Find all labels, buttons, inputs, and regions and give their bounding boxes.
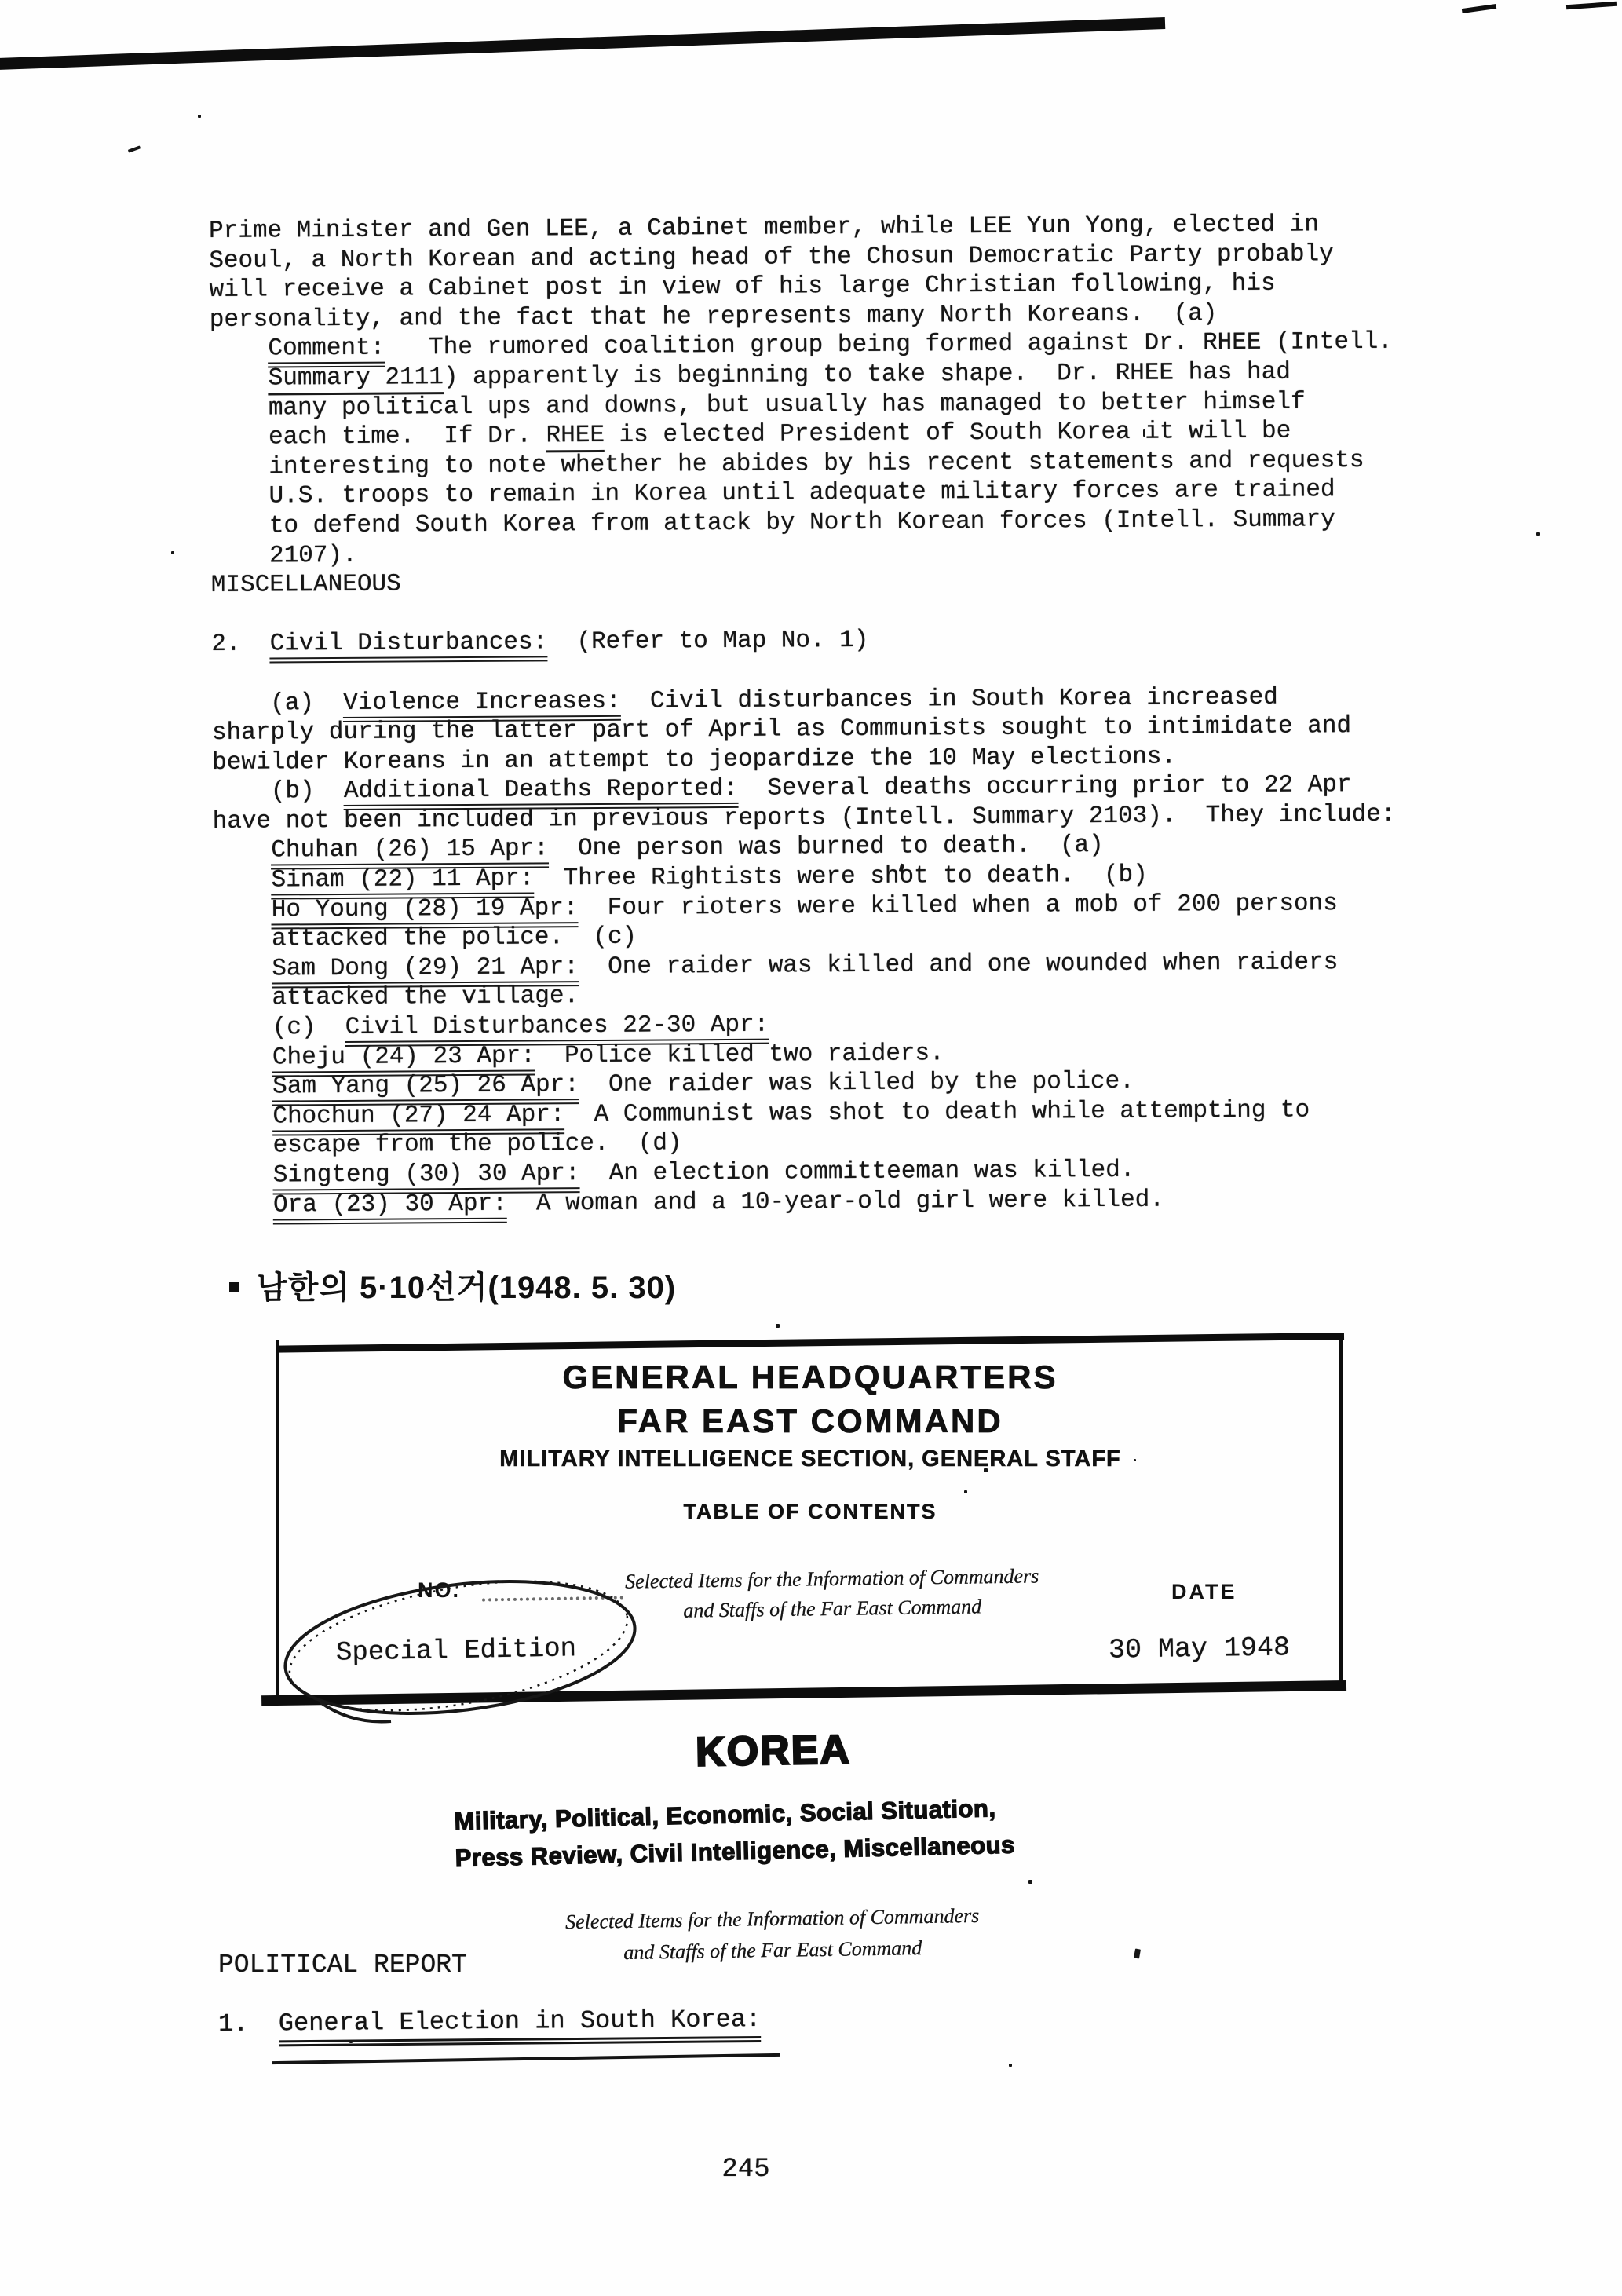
item-1-underline-stroke xyxy=(272,2053,780,2064)
date-label: DATE xyxy=(1171,1580,1237,1604)
text: One raider was killed by the police. xyxy=(579,1068,1134,1099)
text xyxy=(213,837,272,865)
text xyxy=(213,867,272,894)
scan-speck xyxy=(964,1490,967,1493)
item-1-number: 1. xyxy=(218,2009,279,2038)
header-box-border-top xyxy=(276,1333,1344,1353)
date-value: 30 May 1948 xyxy=(1109,1632,1291,1665)
typewriter-block: Prime Minister and Gen LEE, a Cabinet me… xyxy=(209,209,1440,1220)
scan-speck xyxy=(128,145,141,152)
table-of-contents-heading: TABLE OF CONTENTS xyxy=(276,1500,1344,1524)
scan-top-dash xyxy=(1462,4,1496,13)
scan-speck xyxy=(171,551,174,554)
text: sharply during the latter part of April … xyxy=(212,712,1351,747)
text: each time. If Dr. xyxy=(210,422,546,452)
item-1-heading: 1. General Election in South Korea: xyxy=(218,2005,762,2038)
masthead-line1: GENERAL HEADQUARTERS xyxy=(276,1358,1344,1396)
scan-speck xyxy=(1028,1880,1032,1884)
text: ) apparently is beginning to take shape.… xyxy=(444,359,1291,392)
scan-top-corner-dash xyxy=(1566,2,1617,9)
underlined-text: Ora (23) 30 Apr: xyxy=(273,1190,507,1224)
scan-speck xyxy=(776,1324,780,1328)
scan-speck xyxy=(1009,2064,1012,2067)
text: Several deaths occurring prior to 22 Apr xyxy=(738,771,1352,803)
document-page: Prime Minister and Gen LEE, a Cabinet me… xyxy=(0,0,1622,2296)
text xyxy=(215,1191,274,1219)
text: attacked the village. xyxy=(214,983,579,1013)
text: 2107). xyxy=(211,541,357,569)
selected-items-note-2: Selected Items for the Information of Co… xyxy=(497,1899,1047,1971)
text xyxy=(214,1162,273,1190)
korean-annotation: 남한의 5·10선거(1948. 5. 30) xyxy=(229,1263,676,1307)
text xyxy=(210,335,269,363)
page-number: 245 xyxy=(691,2155,801,2184)
text: to defend South Korea from attack by Nor… xyxy=(210,506,1335,540)
underlined-text: Civil Disturbances: xyxy=(270,629,548,664)
text: escape from the police. (d) xyxy=(214,1130,681,1161)
text: (a) xyxy=(212,689,344,717)
text: One person was burned to death. (a) xyxy=(549,832,1104,863)
text: An election committeeman was killed. xyxy=(579,1157,1134,1187)
text: attacked the police. (c) xyxy=(214,923,637,953)
korean-annotation-text: 남한의 5·10선거(1948. 5. 30) xyxy=(257,1263,676,1307)
text: Prime Minister and Gen LEE, a Cabinet me… xyxy=(209,210,1319,245)
text xyxy=(214,1102,273,1130)
text: Police killed two raiders. xyxy=(535,1040,944,1069)
scan-speck xyxy=(1536,532,1540,536)
underlined-text: RHEE xyxy=(546,422,605,452)
text: (Refer to Map No. 1) xyxy=(547,627,868,656)
masthead-line3: MILITARY INTELLIGENCE SECTION, GENERAL S… xyxy=(276,1446,1344,1472)
special-edition-circle xyxy=(273,1570,650,1727)
scan-speck xyxy=(1134,1948,1141,1958)
section-subtitle: Military, Political, Economic, Social Si… xyxy=(454,1786,1162,1877)
underlined-text: Summary 2111 xyxy=(269,364,444,395)
text: is elected President of South Korea it w… xyxy=(605,418,1291,449)
text: MISCELLANEOUS xyxy=(211,571,401,599)
political-report-heading: POLITICAL REPORT xyxy=(218,1951,467,1980)
item-1-title: General Election in South Korea: xyxy=(279,2005,762,2046)
section-title: KOREA xyxy=(514,1723,1033,1779)
text xyxy=(210,365,269,393)
text: Four rioters were killed when a mob of 2… xyxy=(578,890,1338,922)
text: personality, and the fact that he repres… xyxy=(210,300,1218,334)
text: bewilder Koreans in an attempt to jeopar… xyxy=(212,743,1176,776)
text: Civil disturbances in South Korea increa… xyxy=(621,683,1278,715)
text xyxy=(214,955,272,982)
text: Three Rightists were shot to death. (b) xyxy=(534,861,1148,893)
masthead-line2: FAR EAST COMMAND xyxy=(276,1402,1344,1440)
text: will receive a Cabinet post in view of h… xyxy=(209,270,1275,304)
text: A woman and a 10-year-old girl were kill… xyxy=(507,1186,1164,1217)
text: The rumored coalition group being formed… xyxy=(385,328,1393,362)
text: One raider was killed and one wounded wh… xyxy=(579,949,1339,981)
text: 2. xyxy=(211,631,270,658)
bullet-square-icon xyxy=(229,1282,239,1292)
text: (c) xyxy=(214,1014,345,1042)
text: A Communist was shot to death while atte… xyxy=(564,1096,1310,1128)
text xyxy=(214,1073,273,1101)
text: (b) xyxy=(212,777,344,806)
scan-top-edge-line xyxy=(0,17,1165,70)
text xyxy=(214,1044,272,1071)
text xyxy=(213,896,272,923)
scan-speck xyxy=(198,115,201,118)
